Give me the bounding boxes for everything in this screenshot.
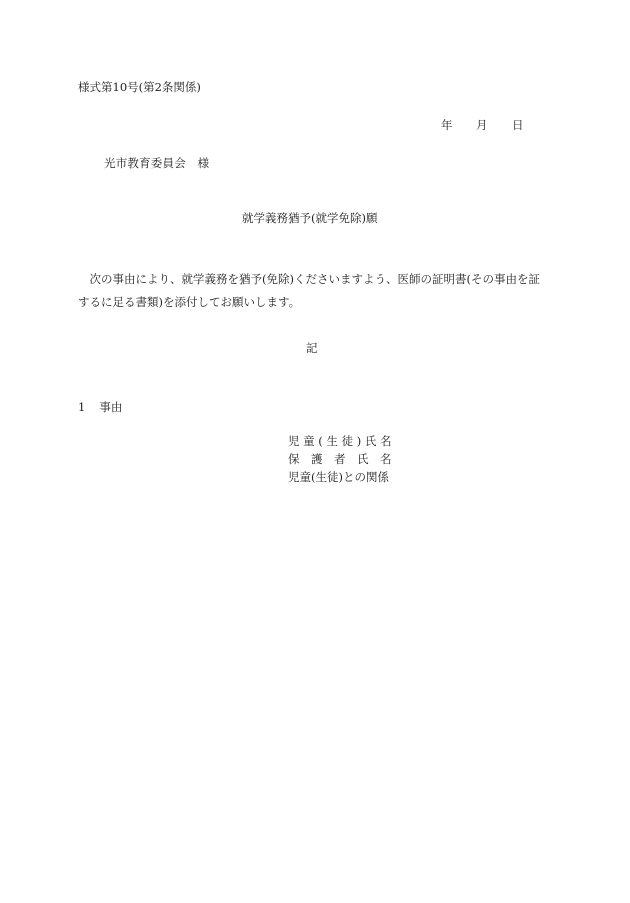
month-label: 月 (476, 120, 512, 132)
ki-heading: 記 (306, 343, 318, 355)
year-label: 年 (441, 120, 476, 132)
item-number: 1 (78, 400, 85, 414)
date-line: 年月日 (441, 120, 524, 132)
relationship-label: 児童(生徒)との関係 (288, 472, 392, 490)
body-line-2: するに足る書類)を添付してお願いします。 (78, 291, 558, 314)
day-label: 日 (512, 120, 524, 132)
item-reason: 1事由 (78, 402, 122, 414)
recipient: 光市教育委員会 様 (104, 158, 209, 170)
signature-block: 児 童 ( 生 徒 ) 氏 名 保 護 者 氏 名 児童(生徒)との関係 (288, 436, 392, 490)
body-text: 次の事由により、就学義務を猶予(免除)くださいますよう、医師の証明書(その事由を… (78, 268, 558, 314)
document-title: 就学義務猶予(就学免除)願 (242, 213, 377, 225)
body-line-1: 次の事由により、就学義務を猶予(免除)くださいますよう、医師の証明書(その事由を… (78, 268, 558, 291)
form-number: 様式第10号(第2条関係) (78, 82, 201, 94)
item-label: 事由 (99, 400, 122, 414)
